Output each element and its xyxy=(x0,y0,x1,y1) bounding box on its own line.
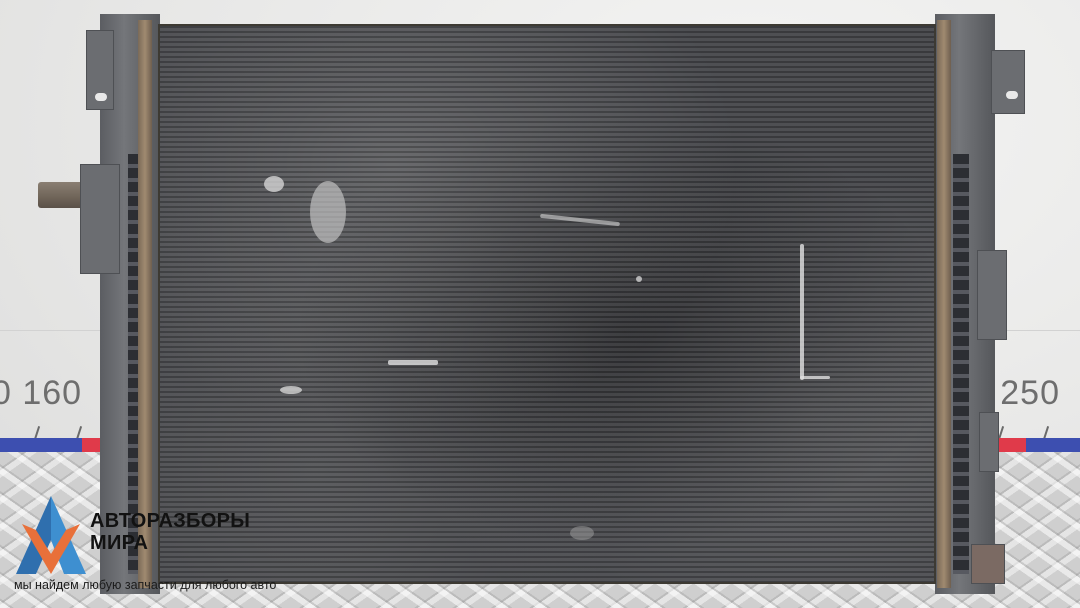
dust-speck xyxy=(280,386,302,394)
mount-bracket-top-left xyxy=(86,30,114,110)
radiator-core xyxy=(158,24,936,584)
mount-bracket-top-right xyxy=(991,50,1025,114)
chalk-mark xyxy=(800,376,830,379)
clip-right xyxy=(977,250,1007,340)
tank-ribs xyxy=(953,154,969,574)
chalk-mark xyxy=(800,244,804,380)
dirt-patch xyxy=(310,181,346,243)
brand-name-line1: АВТОРАЗБОРЫ xyxy=(90,510,250,532)
clip-right-lower xyxy=(979,412,999,472)
ruler-number-left: 0 160 xyxy=(0,374,82,413)
dust-speck xyxy=(570,526,594,540)
mountain-v-logo-icon xyxy=(16,496,86,578)
scratch-mark xyxy=(540,214,620,226)
drain-plug xyxy=(971,544,1005,584)
brand-name-line2: МИРА xyxy=(90,532,250,554)
brand-name: АВТОРАЗБОРЫ МИРА xyxy=(90,510,250,554)
product-photo: 0 160 40 250 xyxy=(0,0,1080,608)
brand-tagline: мы найдем любую запчасти для любого авто xyxy=(14,578,276,592)
bracket-hole xyxy=(1006,91,1018,99)
rusty-side-rail-right xyxy=(937,20,951,588)
dirt-patch xyxy=(264,176,284,192)
pipe-housing xyxy=(80,164,120,274)
scratch-mark xyxy=(388,360,438,365)
dust-speck xyxy=(636,276,642,282)
watermark-logo: АВТОРАЗБОРЫ МИРА мы найдем любую запчаст… xyxy=(12,496,252,596)
bracket-hole xyxy=(95,93,107,101)
